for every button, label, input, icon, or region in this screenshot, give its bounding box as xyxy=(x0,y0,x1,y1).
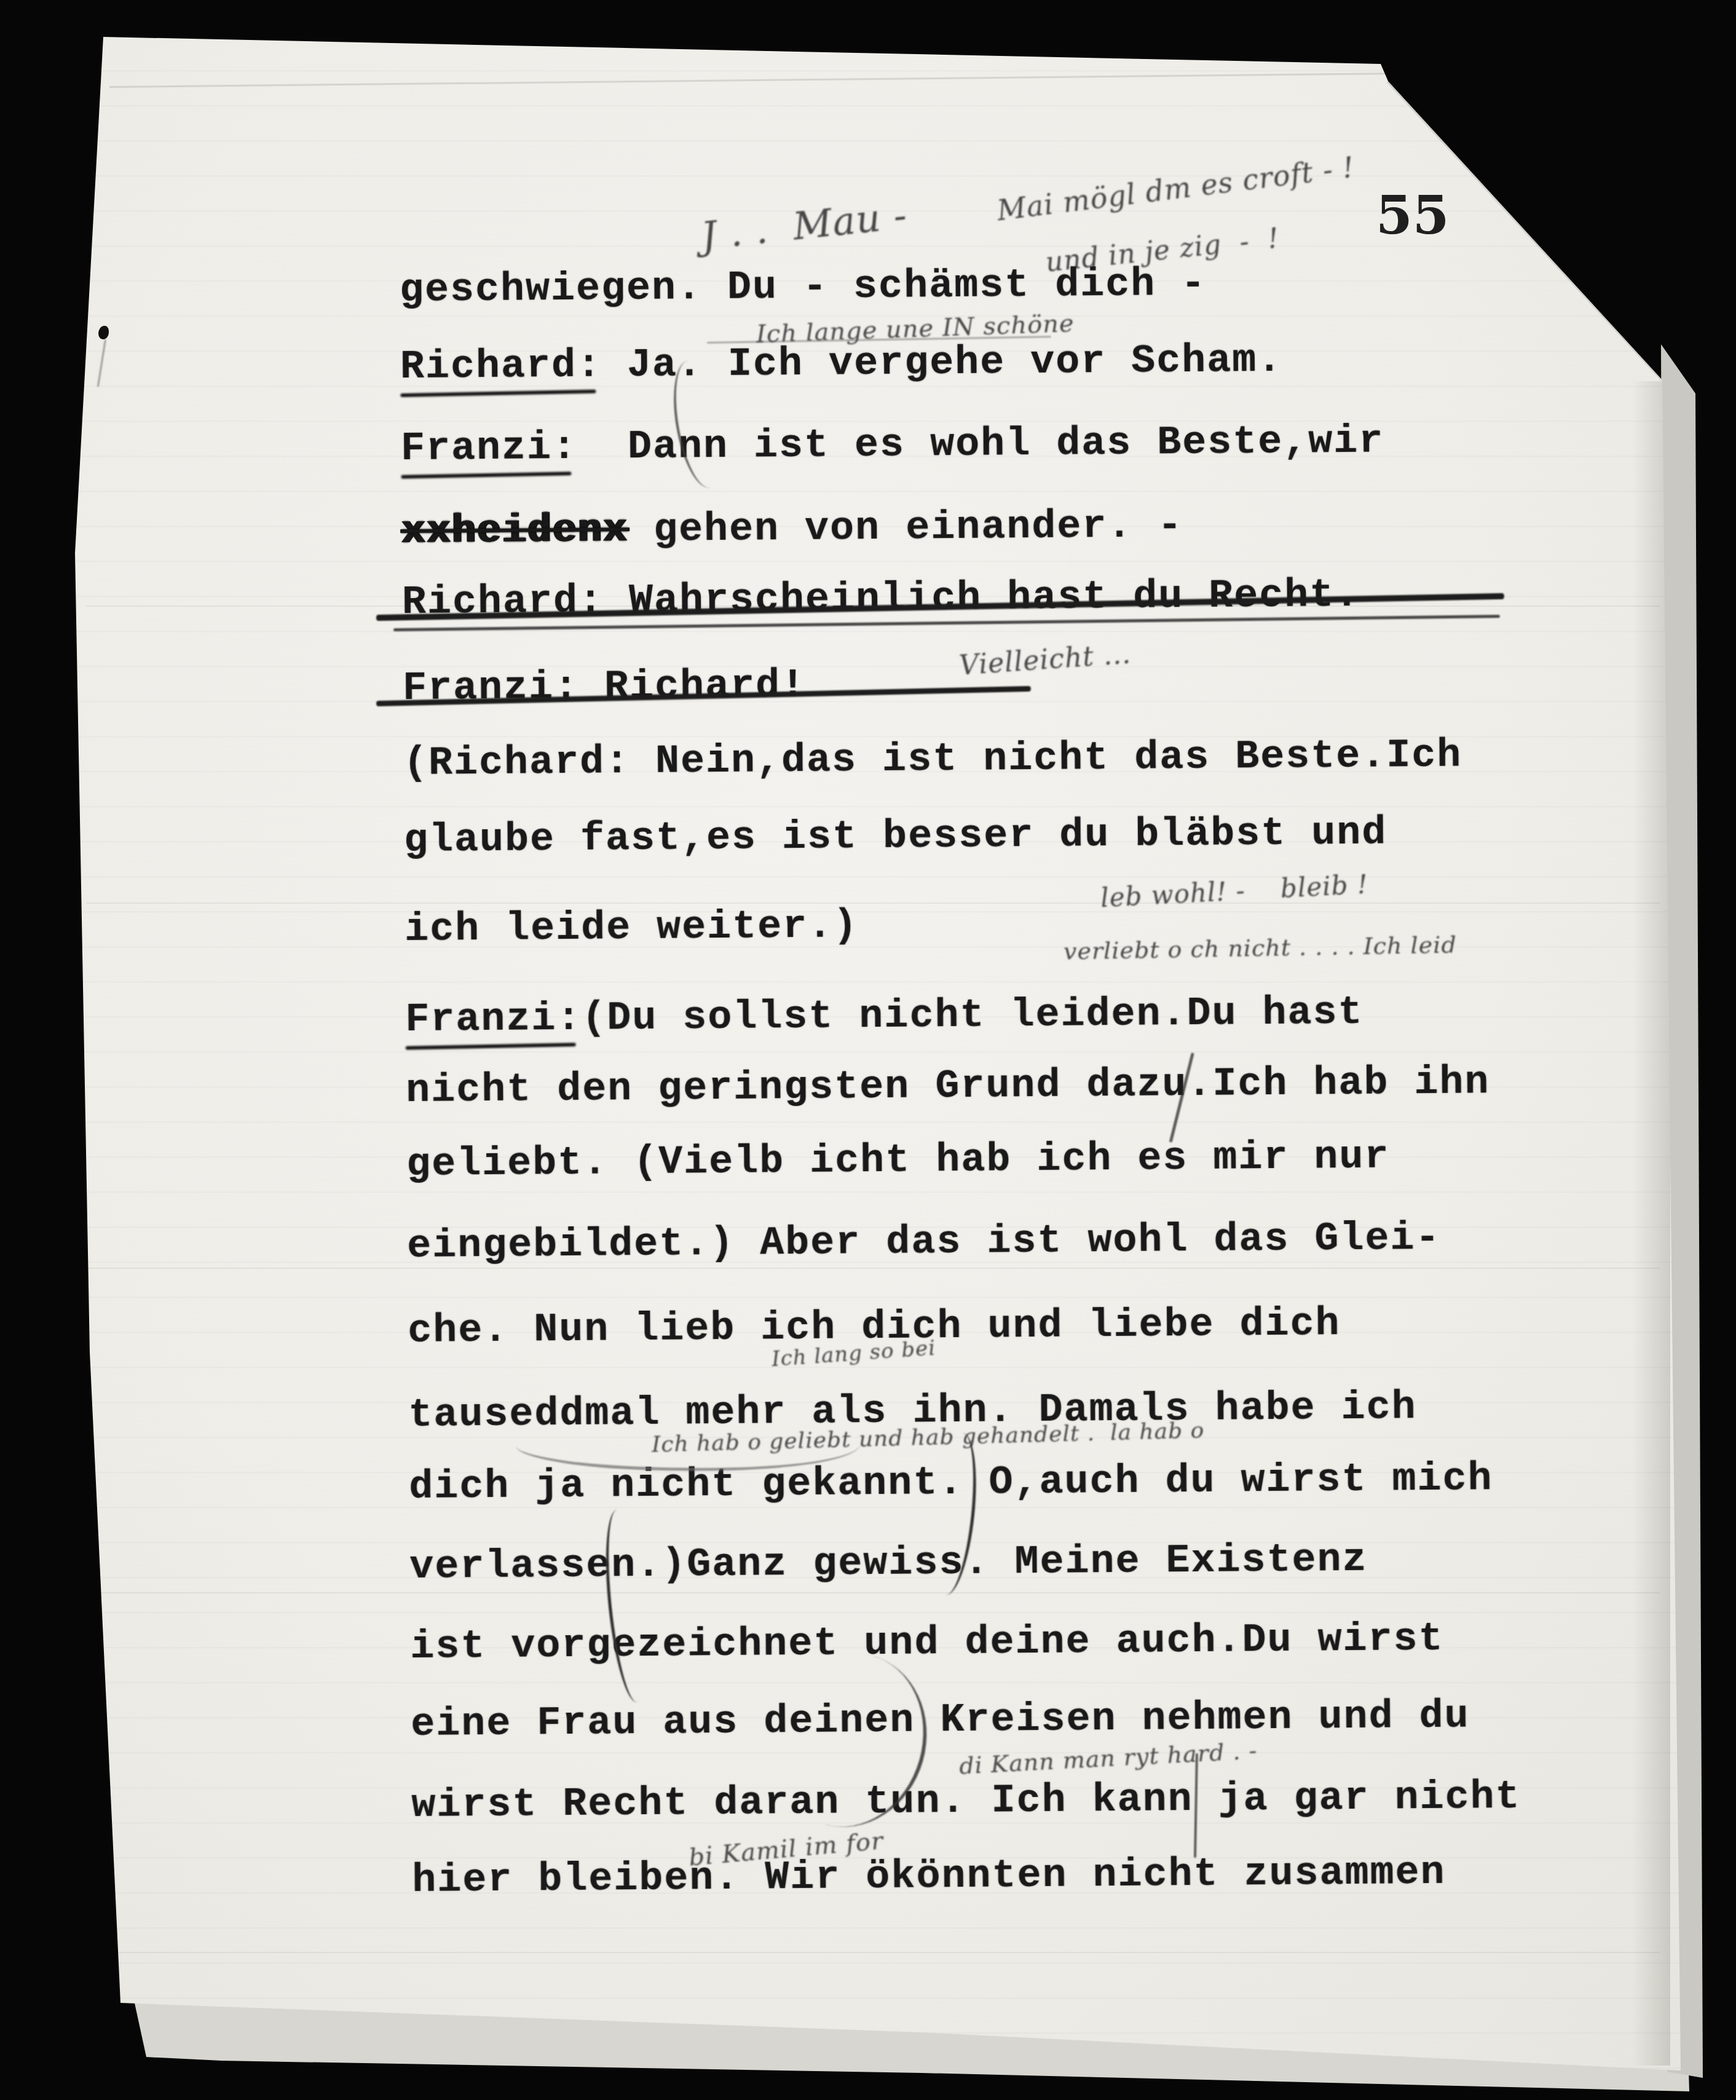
typed-line: xxheidenx gehen von einander. - xyxy=(401,503,1183,555)
typed-line: glaube fast,es ist besser du bläbst und xyxy=(404,810,1387,863)
overtyped-word: xxheidenx xyxy=(401,507,629,555)
typed-line: Franzi:(Du sollst nicht leiden.Du hast xyxy=(405,990,1363,1043)
speaker-name: Franzi: xyxy=(405,996,582,1043)
typed-line: Richard: Ja. Ich vergehe vor Scham. xyxy=(400,337,1283,390)
typed-line: che. Nun lieb ich dich und liebe dich xyxy=(408,1301,1341,1354)
typed-line: Franzi: Dann ist es wohl das Beste,wir xyxy=(401,419,1384,472)
typed-line: (Richard: Nein,das ist nicht das Beste.I… xyxy=(403,733,1462,787)
typed-line: ich leide weiter.) xyxy=(404,903,859,952)
typed-line: geliebt. (Vielb icht hab ich es mir nur xyxy=(406,1134,1390,1187)
dialogue-text: gehen von einander. - xyxy=(628,503,1183,553)
typed-line: eine Frau aus deinen Kreisen nehmen und … xyxy=(411,1693,1470,1747)
typed-line: geschwiegen. Du - schämst dich - xyxy=(400,261,1207,313)
typed-line: hier bleiben. Wir ökönnten nicht zusamme… xyxy=(412,1850,1446,1903)
dialogue-text: (Du sollst nicht leiden.Du hast xyxy=(582,990,1363,1041)
scanned-typescript-page: 55 J . . Mau - Mai mögl dm es croft - ! … xyxy=(0,0,1736,2100)
typed-line: ist vorgezeichnet und deine auch.Du wirs… xyxy=(410,1616,1444,1670)
typed-line: wirst Recht daran tun. Ich kann ja gar n… xyxy=(411,1774,1521,1828)
typed-line: nicht den geringsten Grund dazu.Ich hab … xyxy=(406,1059,1490,1113)
speaker-name: Franzi: xyxy=(401,425,578,472)
speaker-name: Richard: xyxy=(400,342,602,390)
typed-line: eingebildet.) Aber das ist wohl das Glei… xyxy=(407,1215,1441,1269)
typed-line: verlassen.)Ganz gewiss. Meine Existenz xyxy=(409,1537,1368,1590)
